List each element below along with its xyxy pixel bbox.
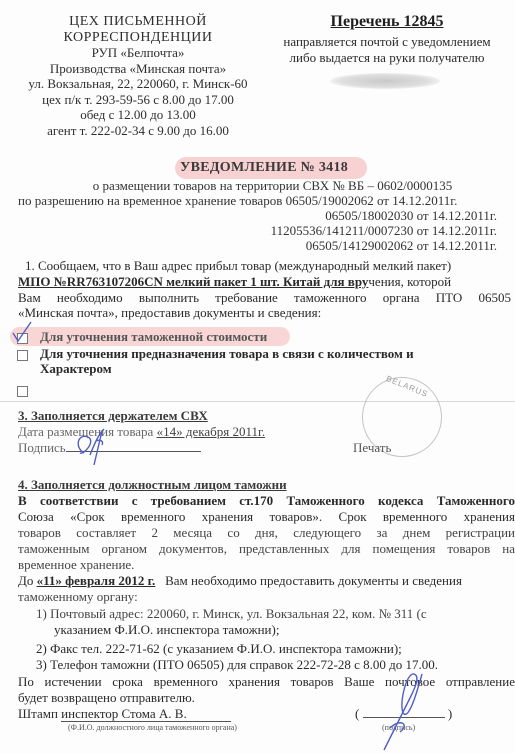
para-line: В соответствии с требованием ст.170 Тамо… [18, 493, 515, 508]
option-label: Для уточнения таможенной стоимости [40, 329, 267, 344]
notice-permit: 06505/18002030 от 14.12.2011г. [0, 209, 497, 224]
issuer-lunch: обед с 12.00 до 13.00 [18, 107, 258, 123]
signature-scribble [72, 425, 112, 470]
placement-date-value: «14» декабря 2011г. [157, 424, 266, 439]
para-line: временное хранение. [18, 557, 134, 572]
deadline-date: «11» февраля 2012 г. [37, 573, 156, 588]
deadline-rest: Вам необходимо предоставить документы и … [165, 573, 462, 588]
stamp-prefix: Штамп [18, 706, 58, 721]
expiry-line2: будет возвращено отправителю. [18, 690, 195, 705]
option-label: Для уточнения предназначения товара в св… [40, 346, 414, 361]
option-purpose[interactable]: Для уточнения предназначения товара в св… [17, 346, 507, 361]
deadline-line2: таможенному органу: [18, 589, 138, 604]
signature-label: Подпись [18, 440, 66, 455]
inspector-caption: (Ф.И.О. должностного лица таможенного ор… [68, 723, 237, 732]
section3-title: 3. Заполняется держателем СВХ [18, 408, 208, 423]
contact-item: 2) Факс тел. 222-71-62 (с указанием Ф.И.… [36, 641, 402, 656]
placement-date: Дата размещения товара «14» декабря 2011… [18, 424, 265, 439]
option-customs-value[interactable]: Для уточнения таможенной стоимости [17, 329, 267, 344]
issuer-line: ЦЕХ ПИСЬМЕННОЙ [18, 14, 258, 30]
issuer-agent-phone: агент т. 222-02-34 с 9.00 до 16.00 [18, 123, 258, 139]
contact-text: Факс тел. 222-71-62 (с указанием Ф.И.О. … [50, 641, 402, 656]
delivery-note-line1: направляется почтой с уведомлением [262, 34, 512, 50]
parcel-line-rest: чения, которой [368, 274, 451, 289]
redacted-recipient [330, 73, 440, 89]
requirement-line2: «Минская почта», предоставив документы и… [18, 305, 511, 320]
issuer-phone: цех п/к т. 293-59-56 с 8.00 до 17.00 [18, 92, 258, 108]
contact-num: 2) [36, 641, 47, 656]
expiry-line: По истечении срока временного хранения т… [18, 674, 515, 689]
option-label-cont: Характером [40, 361, 112, 376]
contact-item: 1) Почтовый адрес: 220060, г. Минск, ул.… [36, 606, 515, 621]
para-line: Союза «Срок временного хранения товаров»… [18, 509, 515, 524]
inspector-signature-scribble [370, 668, 430, 753]
notice-title: УВЕДОМЛЕНИЕ № 3418 [180, 160, 348, 176]
list-block: Перечень 12845 направляется почтой с уве… [262, 14, 512, 66]
option-empty[interactable] [17, 382, 40, 398]
notice-permit-line: по разрешению на временное хранение това… [18, 194, 508, 209]
para-line: таможенным органом документов, представл… [18, 541, 515, 556]
parcel-line: МПО №RR763107206CN мелкий пакет 1 шт. Ки… [18, 274, 513, 289]
issuer-address: ул. Вокзальная, 22, 220060, г. Минск-60 [18, 76, 258, 92]
inspector-row: Штамп инспектор Стома А. В. [18, 706, 231, 722]
checkmark-icon [10, 319, 34, 345]
contact-num: 1) [36, 606, 47, 621]
list-number-title: Перечень 12845 [262, 14, 512, 30]
issuer-block: ЦЕХ ПИСЬМЕННОЙ КОРРЕСПОНДЕНЦИИ РУП «Белп… [18, 14, 258, 138]
contact-text-cont: указанием Ф.И.О. инспектора таможни); [54, 622, 279, 637]
notice-subtitle: о размещении товаров на территории СВХ №… [0, 179, 515, 194]
contact-num: 3) [36, 657, 47, 672]
issuer-line: РУП «Белпочта» [18, 45, 258, 61]
inspector-name: инспектор Стома А. В. [61, 706, 231, 722]
stamp-label: Печать [353, 440, 391, 455]
notice-permit: 11205536/141211/0007230 от 14.12.2011г. [0, 224, 497, 239]
deadline-prefix: До [18, 573, 33, 588]
para-line: товаров составляет 2 месяца со дня, след… [18, 525, 515, 540]
checkbox-unchecked[interactable] [17, 386, 28, 397]
section1-intro: 1. Сообщаем, что в Ваш адрес прибыл това… [25, 258, 510, 273]
issuer-line: КОРРЕСПОНДЕНЦИИ [18, 30, 258, 46]
checkbox-unchecked[interactable] [17, 350, 28, 361]
parcel-id: МПО №RR763107206CN мелкий пакет 1 шт. Ки… [18, 274, 368, 289]
delivery-note-line2: либо выдается на руки получателю [262, 50, 512, 66]
contact-text: Почтовый адрес: 220060, г. Минск, ул. Во… [50, 606, 427, 621]
deadline-line: До «11» февраля 2012 г. Вам необходимо п… [18, 573, 515, 588]
requirement-line: Вам необходимо выполнить требование тамо… [18, 290, 511, 305]
issuer-line: Производства «Минская почта» [18, 61, 258, 77]
section4-title: 4. Заполняется должностным лицом таможни [18, 477, 287, 492]
notice-permit: 06505/14129002062 от 14.12.2011г. [0, 239, 497, 254]
